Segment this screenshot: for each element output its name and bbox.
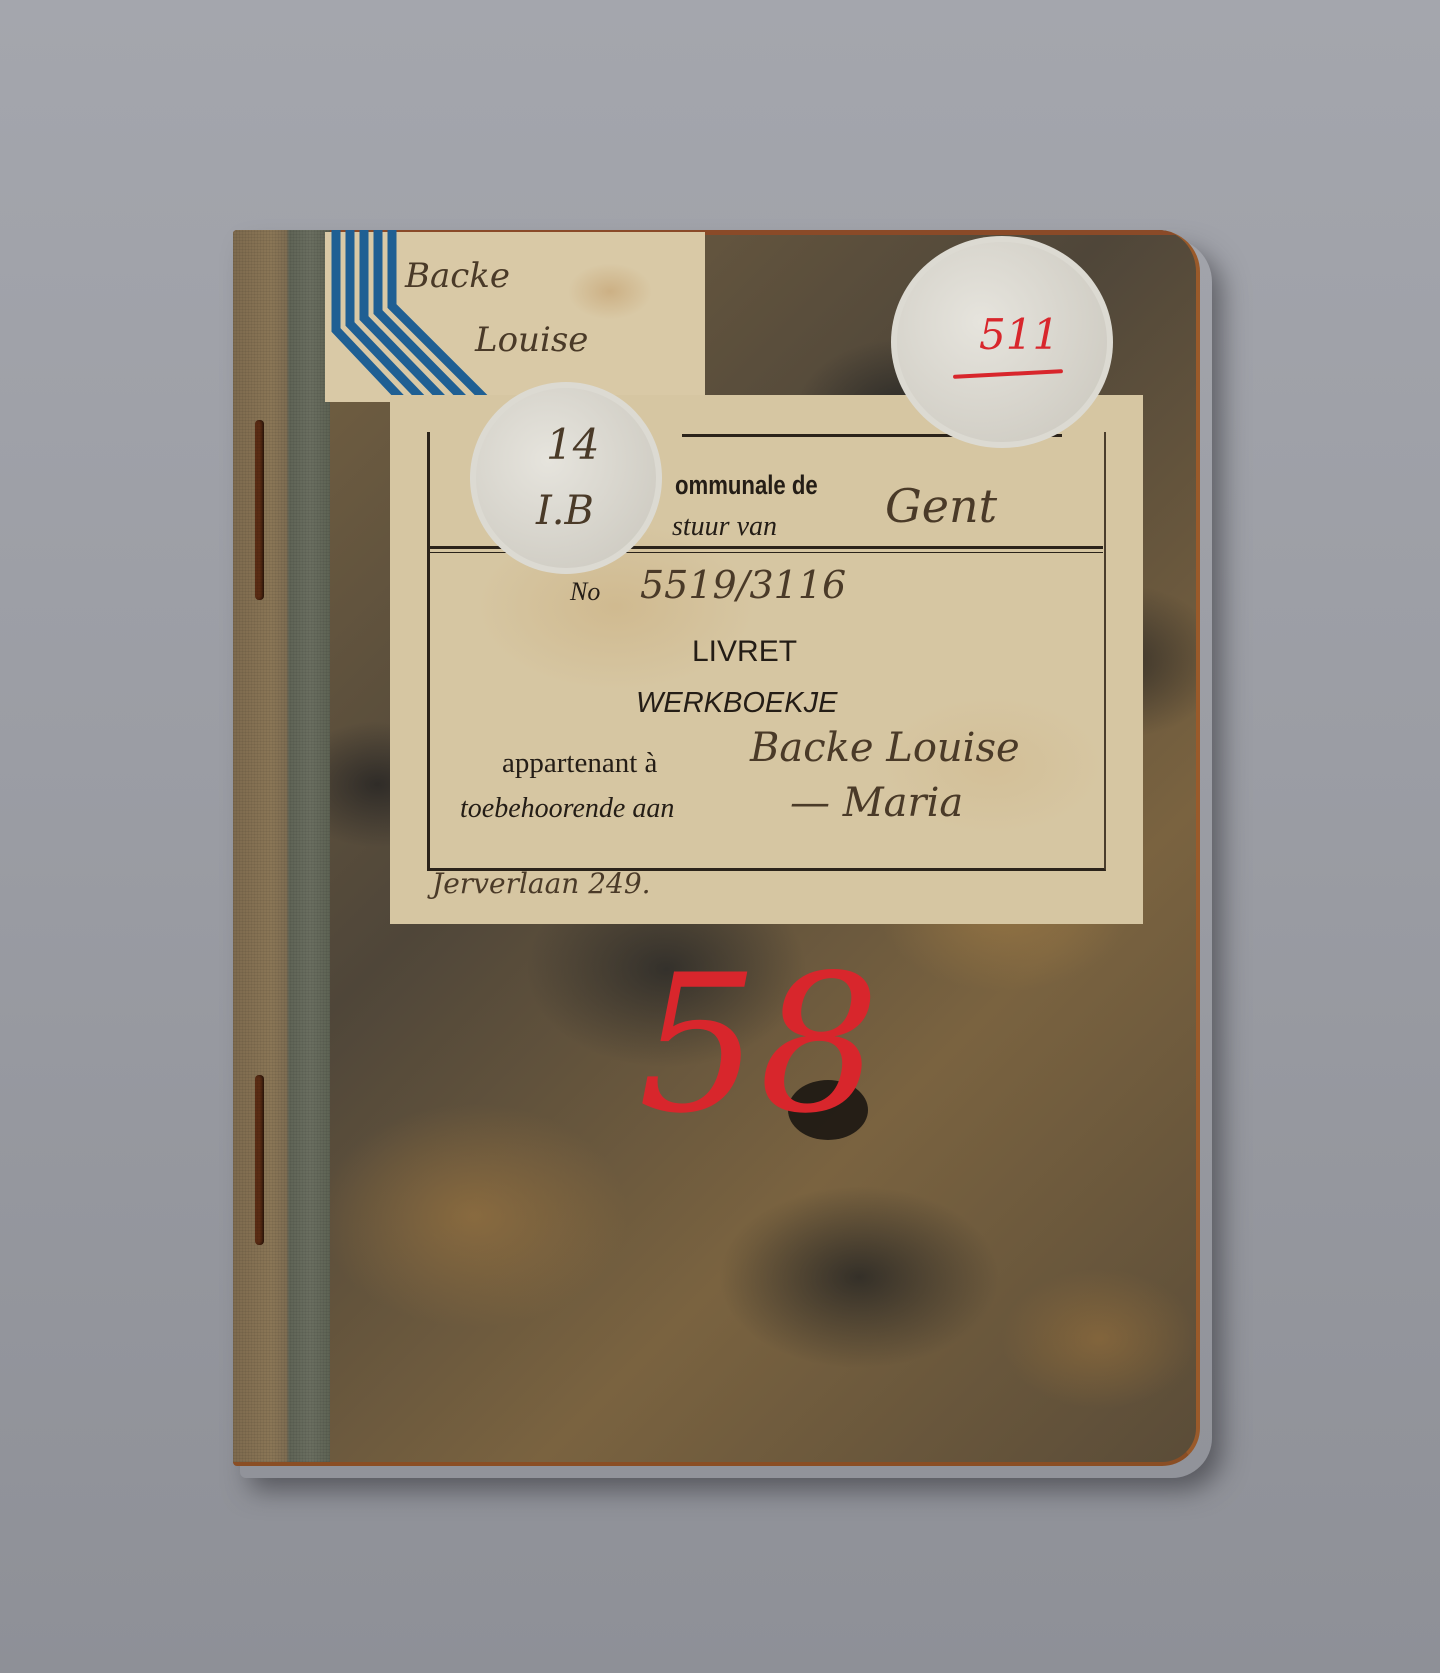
seal-right-underline [953, 369, 1063, 379]
cloth-spine [233, 230, 330, 1462]
address-handwritten: Jerverlaan 249. [432, 867, 651, 900]
cover-number: 58 [638, 950, 880, 1140]
owner-label-french: appartenant à [502, 747, 657, 780]
number-prefix: No [570, 577, 600, 607]
title-french: LIVRET [692, 635, 797, 669]
staple-top [255, 420, 264, 600]
owner-name-handwritten: Backe Louise [750, 725, 1020, 771]
city-handwritten: Gent [885, 479, 997, 533]
werkboekje-notebook: Backe Louise ommunale de stuur van Gent … [233, 230, 1200, 1466]
header-french: ommunale de [675, 470, 818, 501]
owner-label-dutch: toebehoorende aan [460, 793, 674, 825]
seal-left-line2: I.B [536, 488, 594, 534]
owner-name-continuation: — Maria [790, 780, 963, 826]
staple-bottom [255, 1075, 264, 1245]
seal-right-number: 511 [979, 310, 1059, 359]
red-58-marking: 58 [638, 960, 878, 1160]
seal-right: 511 [897, 242, 1107, 442]
header-dutch: stuur van [672, 511, 777, 543]
seal-left: 14 I.B [476, 388, 656, 568]
title-dutch: WERKBOEKJE [636, 687, 837, 720]
seal-left-line1: 14 [546, 420, 599, 469]
number-handwritten: 5519/3116 [640, 563, 846, 607]
